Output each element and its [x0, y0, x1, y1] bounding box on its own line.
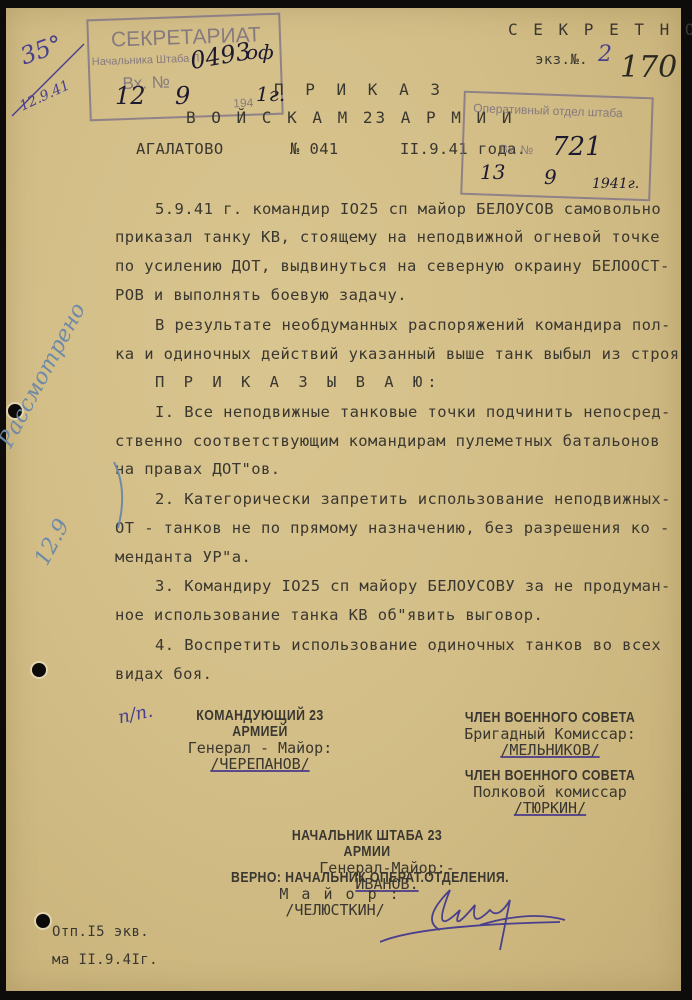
footer-copies: Отп.I5 экв.	[52, 924, 149, 940]
council-member-2-rank: Полковой комиссар	[440, 784, 660, 800]
commander-title: КОМАНДУЮЩИЙ 23 АРМИЕЙ	[170, 708, 350, 740]
item-3-line: 3. Командиру IО25 сп майору БЕЛОУСОВУ за…	[155, 577, 671, 595]
paragraph-line: приказал танку КВ, стоящему на неподвижн…	[115, 228, 660, 246]
order-place: АГАЛАТОВО	[136, 140, 224, 158]
item-4-line: 4. Воспретить использование одиночных та…	[155, 636, 661, 654]
item-3-line: ное использование танка КВ об"явить выго…	[115, 606, 543, 624]
commander-signature: КОМАНДУЮЩИЙ 23 АРМИЕЙ Генерал - Майор: /…	[150, 708, 370, 772]
paragraph-line: РОВ и выполнять боевую задачу.	[115, 286, 407, 304]
order-title: П Р И К А З	[274, 80, 446, 99]
item-4-line: видах боя.	[115, 665, 212, 683]
commander-rank: Генерал - Майор:	[150, 740, 370, 756]
item-1-line: ственно соответствующим командирам пулем…	[115, 432, 660, 450]
secretariat-month: 9	[175, 82, 190, 110]
footer-date: ма II.9.4Iг.	[52, 952, 158, 968]
handwritten-signature-icon	[380, 880, 580, 960]
council-member-2-signature: ЧЛЕН ВОЕННОГО СОВЕТА Полковой комиссар /…	[440, 768, 660, 816]
ops-stamp-in-label: Вх. №	[500, 142, 534, 157]
item-2-line: ОТ - танков не по прямому назначению, бе…	[115, 519, 670, 537]
ops-year: 1941г.	[592, 176, 639, 192]
ops-month: 9	[544, 165, 557, 189]
item-1-line: I. Все неподвижные танковые точки подчин…	[155, 403, 671, 421]
item-1-line: на правах ДОТ"ов.	[115, 460, 280, 478]
copy-label: экз.№.	[535, 52, 588, 68]
page-number: 170	[620, 50, 677, 85]
council-member-2-name: /ТЮРКИН/	[440, 800, 660, 816]
council-member-1-signature: ЧЛЕН ВОЕННОГО СОВЕТА Бригадный Комиссар:…	[440, 710, 660, 758]
paragraph-line: 5.9.41 г. командир IО25 сп майор БЕЛОУСО…	[155, 200, 661, 218]
secretariat-in-suffix: оф	[246, 40, 274, 64]
ops-day: 13	[480, 160, 505, 184]
chief-of-staff-title: НАЧАЛЬНИК ШТАБА 23 АРМИИ	[273, 828, 462, 860]
commander-name: /ЧЕРЕПАНОВ/	[150, 756, 370, 772]
secretariat-day: 12	[115, 82, 146, 110]
margin-bracket-icon	[110, 460, 130, 530]
council-member-2-title: ЧЛЕН ВОЕННОГО СОВЕТА	[460, 768, 640, 784]
paragraph-line: по усилению ДОТ, выдвинуться на северную…	[115, 257, 670, 275]
order-number: № 041	[290, 140, 339, 158]
punch-hole-middle	[32, 663, 46, 677]
paragraph-line: ка и одиночных действий указанный выше т…	[115, 345, 679, 363]
council-member-1-title: ЧЛЕН ВОЕННОГО СОВЕТА	[460, 710, 640, 726]
council-member-1-name: /МЕЛЬНИКОВ/	[440, 742, 660, 758]
order-heading: П Р И К А З Ы В А Ю:	[155, 373, 442, 391]
paragraph-line: В результате необдуманных распоряжений к…	[155, 316, 671, 334]
copy-number: 2	[598, 42, 612, 67]
item-2-line: 2. Категорически запретить использование…	[155, 490, 671, 508]
classification-label: С Е К Р Е Т Н О.	[508, 20, 692, 39]
ops-stamp-title: Оперативный отдел штаба	[473, 101, 623, 120]
ops-in-number: 721	[552, 132, 602, 162]
stamp-subtitle: Начальника Штаба Л	[92, 52, 200, 68]
item-2-line: менданта УР"а.	[115, 548, 251, 566]
annotation-slash-icon	[8, 40, 88, 120]
punch-hole-bottom	[36, 914, 50, 928]
council-member-1-rank: Бригадный Комиссар:	[440, 726, 660, 742]
